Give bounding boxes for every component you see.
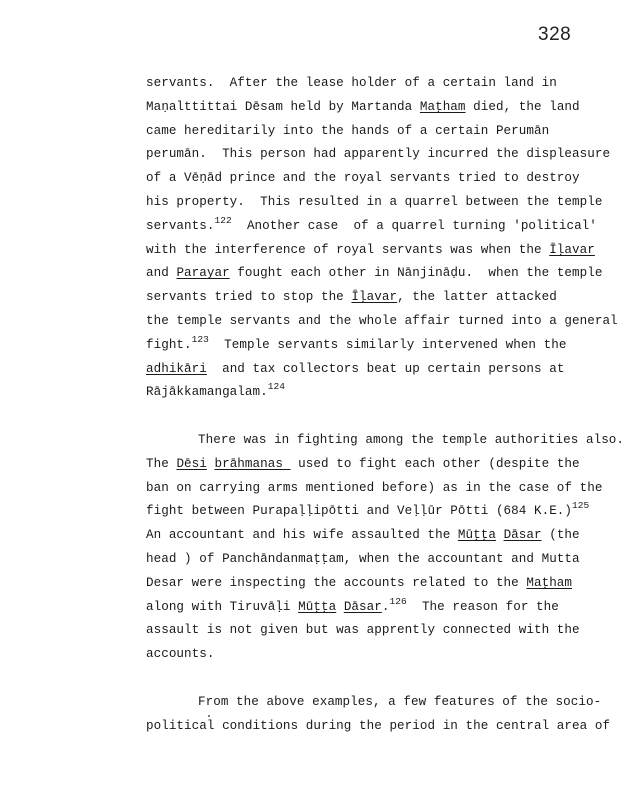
text-run: From the above examples, a few features … [198, 695, 601, 709]
text-run [336, 600, 344, 614]
text-run: The reason for the [407, 600, 559, 614]
scan-artifact-dot [208, 715, 210, 717]
text-run: An accountant and his wife assaulted the [146, 528, 458, 542]
text-line: An accountant and his wife assaulted the… [146, 524, 616, 548]
text-line: accounts. [146, 643, 616, 667]
paragraph: servants. After the lease holder of a ce… [146, 72, 616, 405]
underlined-term: Dēsi [176, 457, 206, 471]
text-run: servants. [146, 219, 214, 233]
underlined-term: Maṭham [526, 576, 572, 590]
paragraph: There was in fighting among the temple a… [146, 429, 616, 667]
text-line: political conditions during the period i… [146, 715, 616, 739]
text-run: with the interference of royal servants … [146, 243, 549, 257]
paragraph-spacer [146, 667, 616, 691]
text-run: his property. This resulted in a quarrel… [146, 195, 602, 209]
underlined-term: brāhmanas [214, 457, 290, 471]
text-line: adhikāri and tax collectors beat up cert… [146, 358, 616, 382]
text-run: servants tried to stop the [146, 290, 351, 304]
underlined-term: Dāsar [344, 600, 382, 614]
text-run: Temple servants similarly intervened whe… [209, 338, 567, 352]
footnote-reference: 123 [192, 334, 209, 345]
text-line: the temple servants and the whole affair… [146, 310, 616, 334]
text-line: head ) of Panchāndanmaṭṭam, when the acc… [146, 548, 616, 572]
text-line: with the interference of royal servants … [146, 239, 616, 263]
text-line: his property. This resulted in a quarrel… [146, 191, 616, 215]
text-run: The [146, 457, 176, 471]
text-line: ban on carrying arms mentioned before) a… [146, 477, 616, 501]
text-run: Rājākkamangalam. [146, 385, 268, 399]
text-line: and Parayar fought each other in Nānjinā… [146, 262, 616, 286]
text-run: came hereditarily into the hands of a ce… [146, 124, 549, 138]
text-run: There was in fighting among the temple a… [198, 433, 624, 447]
text-run: used to fight each other (despite the [291, 457, 580, 471]
text-run: head ) of Panchāndanmaṭṭam, when the acc… [146, 552, 580, 566]
text-run: fight between Purapaḷḷipōtti and Veḷḷūr … [146, 504, 572, 518]
text-run: , the latter attacked [397, 290, 557, 304]
underlined-term: Īḷavar [351, 290, 397, 304]
paragraph-spacer [146, 405, 616, 429]
text-line: fight between Purapaḷḷipōtti and Veḷḷūr … [146, 500, 616, 524]
text-line: of a Vēṇād prince and the royal servants… [146, 167, 616, 191]
text-line: From the above examples, a few features … [146, 691, 616, 715]
text-run: accounts. [146, 647, 214, 661]
footnote-reference: 122 [214, 215, 231, 226]
underlined-term: Mūṭṭa [298, 600, 336, 614]
text-run: servants. After the lease holder of a ce… [146, 76, 557, 90]
text-run: (the [542, 528, 580, 542]
text-run: Maṇalttittai Dēsam held by Martanda [146, 100, 420, 114]
text-line: The Dēsi brāhmanas used to fight each ot… [146, 453, 616, 477]
text-run: the temple servants and the whole affair… [146, 314, 618, 328]
footnote-reference: 125 [572, 500, 589, 511]
text-run: assault is not given but was apprently c… [146, 623, 580, 637]
text-run: and [146, 266, 176, 280]
underlined-term: Parayar [176, 266, 229, 280]
text-run: ban on carrying arms mentioned before) a… [146, 481, 602, 495]
text-line: fight.123 Temple servants similarly inte… [146, 334, 616, 358]
text-run: fight. [146, 338, 192, 352]
text-run: along with Tiruvāḷi [146, 600, 298, 614]
text-line: came hereditarily into the hands of a ce… [146, 120, 616, 144]
underlined-term: Maṭham [420, 100, 466, 114]
underlined-term: adhikāri [146, 362, 207, 376]
paragraph: From the above examples, a few features … [146, 691, 616, 739]
text-line: servants. After the lease holder of a ce… [146, 72, 616, 96]
text-run [496, 528, 504, 542]
underlined-term: Mūṭṭa [458, 528, 496, 542]
text-line: servants tried to stop the Īḷavar, the l… [146, 286, 616, 310]
text-line: assault is not given but was apprently c… [146, 619, 616, 643]
document-body: servants. After the lease holder of a ce… [146, 72, 616, 738]
underlined-term: Dāsar [504, 528, 542, 542]
text-run: died, the land [466, 100, 580, 114]
text-line: Desar were inspecting the accounts relat… [146, 572, 616, 596]
text-run: Another case of a quarrel turning 'polit… [232, 219, 597, 233]
text-line: There was in fighting among the temple a… [146, 429, 616, 453]
text-line: Rājākkamangalam.124 [146, 381, 616, 405]
text-line: along with Tiruvāḷi Mūṭṭa Dāsar.126 The … [146, 596, 616, 620]
text-run: Desar were inspecting the accounts relat… [146, 576, 526, 590]
text-run: fought each other in Nānjināḍu. when the… [230, 266, 603, 280]
text-line: perumān. This person had apparently incu… [146, 143, 616, 167]
text-run: perumān. This person had apparently incu… [146, 147, 610, 161]
page-number: 328 [538, 24, 571, 46]
text-run: political conditions during the period i… [146, 719, 610, 733]
text-line: Maṇalttittai Dēsam held by Martanda Maṭh… [146, 96, 616, 120]
text-run: and tax collectors beat up certain perso… [207, 362, 565, 376]
footnote-reference: 126 [389, 596, 406, 607]
text-line: servants.122 Another case of a quarrel t… [146, 215, 616, 239]
footnote-reference: 124 [268, 381, 285, 392]
text-run: of a Vēṇād prince and the royal servants… [146, 171, 580, 185]
underlined-term: Īḷavar [549, 243, 595, 257]
